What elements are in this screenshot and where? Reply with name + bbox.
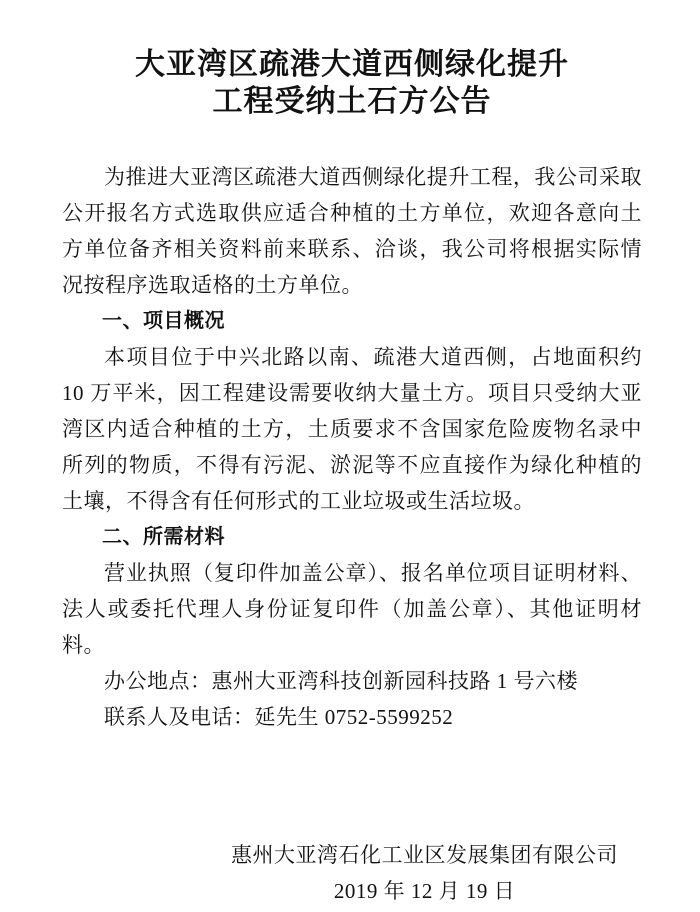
- document-title: 大亚湾区疏港大道西侧绿化提升 工程受纳土石方公告: [62, 46, 642, 120]
- intro-paragraph: 为推进大亚湾区疏港大道西侧绿化提升工程，我公司采取公开报名方式选取供应适合种植的…: [62, 159, 642, 303]
- document-title-line-1: 大亚湾区疏港大道西侧绿化提升: [62, 46, 642, 83]
- signature-date: 2019 年 12 月 19 日: [231, 873, 618, 909]
- office-location-line: 办公地点：惠州大亚湾科技创新园科技路 1 号六楼: [62, 663, 642, 699]
- section-2-paragraph: 营业执照（复印件加盖公章）、报名单位项目证明材料、法人或委托代理人身份证复印件（…: [62, 555, 642, 663]
- contact-phone-line: 联系人及电话：延先生 0752-5599252: [62, 699, 642, 735]
- announcement-document-page: 大亚湾区疏港大道西侧绿化提升 工程受纳土石方公告 为推进大亚湾区疏港大道西侧绿化…: [0, 0, 700, 912]
- document-title-line-2: 工程受纳土石方公告: [62, 83, 642, 120]
- section-2-heading: 二、所需材料: [62, 519, 642, 555]
- section-1-heading: 一、项目概况: [62, 303, 642, 339]
- company-signature: 惠州大亚湾石化工业区发展集团有限公司: [231, 837, 618, 873]
- section-1-paragraph: 本项目位于中兴北路以南、疏港大道西侧，占地面积约 10 万平米，因工程建设需要收…: [62, 339, 642, 519]
- signature-block: 惠州大亚湾石化工业区发展集团有限公司 2019 年 12 月 19 日: [231, 837, 618, 909]
- document-body: 为推进大亚湾区疏港大道西侧绿化提升工程，我公司采取公开报名方式选取供应适合种植的…: [62, 159, 642, 735]
